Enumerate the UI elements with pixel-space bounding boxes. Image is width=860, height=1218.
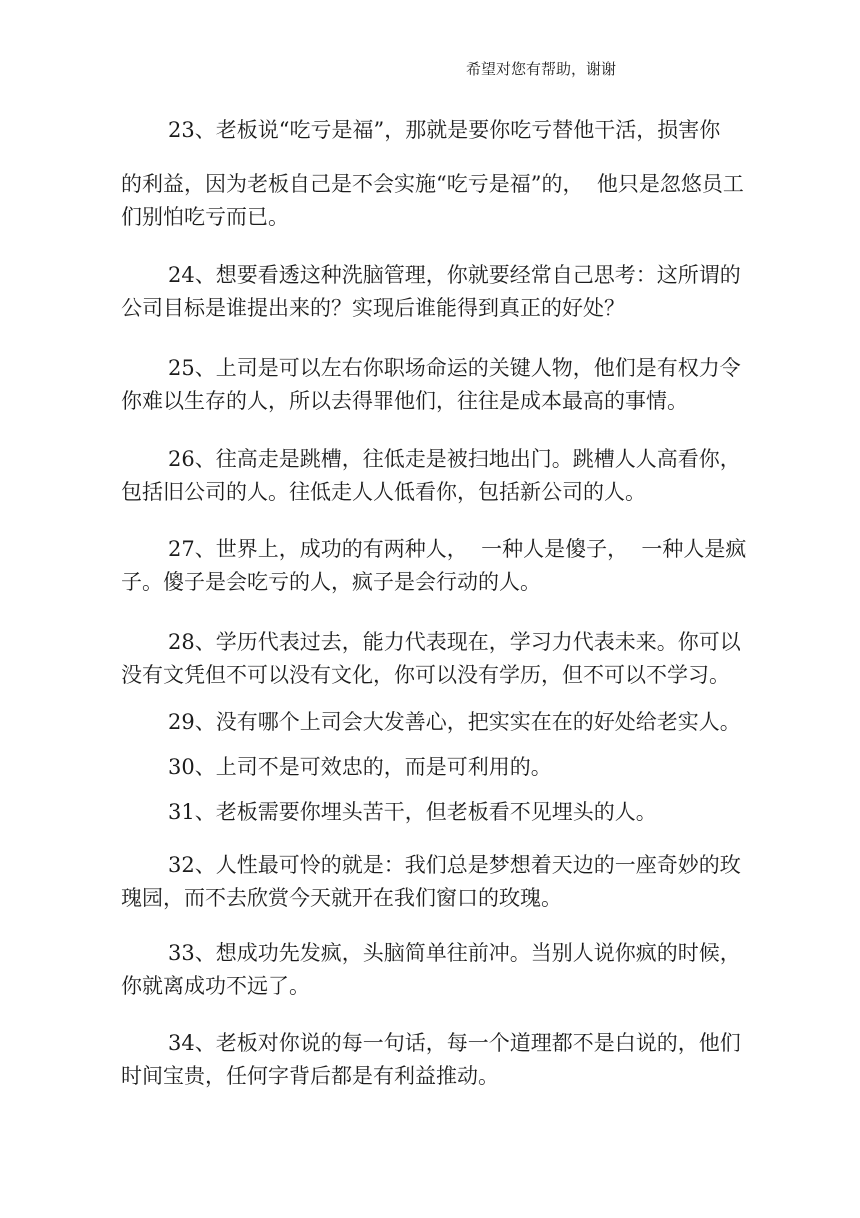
quote-line: 30、上司不是可效忠的，而是可利用的。 (121, 751, 781, 784)
quote-paragraph-30: 30、上司不是可效忠的，而是可利用的。 (121, 751, 781, 784)
quote-line: 34、老板对你说的每一句话，每一个道理都不是白说的，他们 (121, 1027, 781, 1060)
quote-line: 32、人性最可怜的就是：我们总是梦想着天边的一座奇妙的玫 (121, 849, 781, 882)
quote-line: 25、上司是可以左右你职场命运的关键人物，他们是有权力令 (121, 352, 781, 385)
quote-paragraph-26: 26、往高走是跳槽，往低走是被扫地出门。跳槽人人高看你， 包括旧公司的人。往低走… (121, 443, 781, 509)
page-header-note: 希望对您有帮助，谢谢 (466, 60, 616, 78)
quote-line: 你就离成功不远了。 (121, 970, 781, 1003)
quote-paragraph-25: 25、上司是可以左右你职场命运的关键人物，他们是有权力令 你难以生存的人，所以去… (121, 352, 781, 418)
quote-paragraph-33: 33、想成功先发疯，头脑简单往前冲。当别人说你疯的时候， 你就离成功不远了。 (121, 937, 781, 1003)
quote-line: 你难以生存的人，所以去得罪他们，往往是成本最高的事情。 (121, 385, 781, 418)
quote-line: 26、往高走是跳槽，往低走是被扫地出门。跳槽人人高看你， (121, 443, 781, 476)
quote-line: 28、学历代表过去，能力代表现在，学习力代表未来。你可以 (121, 626, 781, 659)
quote-line: 公司目标是谁提出来的？实现后谁能得到真正的好处？ (121, 292, 781, 325)
quote-line: 们别怕吃亏而已。 (121, 201, 781, 234)
quote-line: 没有文凭但不可以没有文化，你可以没有学历，但不可以不学习。 (121, 659, 781, 692)
quote-paragraph-27: 27、世界上，成功的有两种人， 一种人是傻子， 一种人是疯 子。傻子是会吃亏的人… (121, 533, 781, 599)
quote-paragraph-34: 34、老板对你说的每一句话，每一个道理都不是白说的，他们 时间宝贵，任何字背后都… (121, 1027, 781, 1093)
quote-paragraph-23: 23、老板说“吃亏是福”，那就是要你吃亏替他干活，损害你 的利益，因为老板自己是… (121, 114, 781, 234)
quote-line: 24、想要看透这种洗脑管理，你就要经常自己思考：这所谓的 (121, 259, 781, 292)
quote-paragraph-24: 24、想要看透这种洗脑管理，你就要经常自己思考：这所谓的 公司目标是谁提出来的？… (121, 259, 781, 325)
quote-line: 23、老板说“吃亏是福”，那就是要你吃亏替他干活，损害你 (121, 114, 781, 147)
quote-line: 包括旧公司的人。往低走人人低看你，包括新公司的人。 (121, 476, 781, 509)
quote-line: 27、世界上，成功的有两种人， 一种人是傻子， 一种人是疯 (121, 533, 781, 566)
quote-paragraph-29: 29、没有哪个上司会大发善心，把实实在在的好处给老实人。 (121, 706, 781, 739)
quote-line: 33、想成功先发疯，头脑简单往前冲。当别人说你疯的时候， (121, 937, 781, 970)
quote-paragraph-32: 32、人性最可怜的就是：我们总是梦想着天边的一座奇妙的玫 瑰园，而不去欣赏今天就… (121, 849, 781, 915)
quote-paragraph-31: 31、老板需要你埋头苦干，但老板看不见埋头的人。 (121, 796, 781, 829)
quote-line: 的利益，因为老板自己是不会实施“吃亏是福”的， 他只是忽悠员工 (121, 168, 781, 201)
document-page: 希望对您有帮助，谢谢 23、老板说“吃亏是福”，那就是要你吃亏替他干活，损害你 … (0, 0, 860, 1218)
quote-line: 31、老板需要你埋头苦干，但老板看不见埋头的人。 (121, 796, 781, 829)
quote-line: 29、没有哪个上司会大发善心，把实实在在的好处给老实人。 (121, 706, 781, 739)
quote-paragraph-28: 28、学历代表过去，能力代表现在，学习力代表未来。你可以 没有文凭但不可以没有文… (121, 626, 781, 692)
quote-line: 子。傻子是会吃亏的人，疯子是会行动的人。 (121, 566, 781, 599)
quote-line: 瑰园，而不去欣赏今天就开在我们窗口的玫瑰。 (121, 882, 781, 915)
quote-line: 时间宝贵，任何字背后都是有利益推动。 (121, 1060, 781, 1093)
